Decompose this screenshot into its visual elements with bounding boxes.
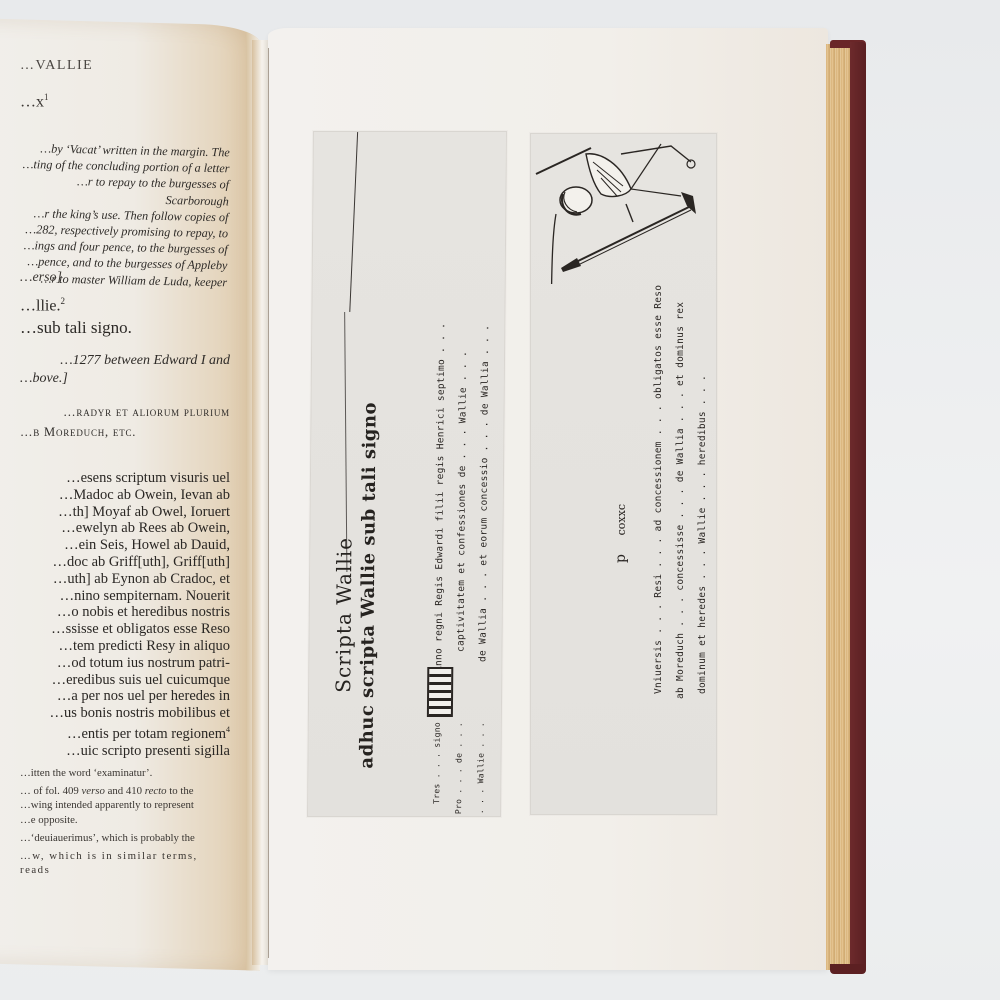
folio-reference: …erso]: [20, 270, 62, 286]
footnote-marker: 4: [226, 725, 230, 734]
book-photo-scene: …VALLIE …x1 …by ‘Vacat’ written in the m…: [0, 0, 1000, 1000]
text-span: … of fol. 409: [20, 785, 81, 797]
text-line: …ein Seis, Howel ab Dauid,: [20, 537, 230, 554]
ruled-line: [344, 312, 348, 572]
section-number: …x1: [20, 92, 49, 111]
title-text: …llie.: [20, 297, 60, 314]
footnote: …itten the word ‘examinatur’.: [20, 766, 230, 780]
manuscript-line: de Wallia . . . et eorum concessio . . .…: [477, 222, 492, 662]
facsimile-plate-right: Vniuersis . . . Resi . . . ad concession…: [530, 133, 717, 815]
text-line: …od totum ius nostrum patri-: [20, 655, 230, 672]
footnotes: …itten the word ‘examinatur’. … of fol. …: [20, 766, 230, 881]
text-span: …entis per totam regionem: [67, 726, 226, 742]
gutter-shadow-line: [268, 48, 269, 958]
latin-body-text: …esens scriptum visuris uel …Madoc ab Ow…: [20, 470, 230, 759]
marginal-line: Tres . . . signo: [432, 722, 442, 804]
marginal-mark: coxxc: [615, 504, 628, 535]
book-cover-edge: [850, 42, 866, 972]
text-line: …b Moreduch, etc.: [20, 422, 230, 442]
marginal-line: . . . Wallie . . .: [476, 722, 486, 814]
text-line: …nino sempiternam. Nouerit: [20, 588, 230, 605]
text-line: …eredibus suis uel cuicumque: [20, 672, 230, 689]
manuscript-line: ab Moreduch . . . concessisse . . . de W…: [675, 259, 686, 699]
text-line: …1277 between Edward I and: [20, 352, 230, 370]
text-line: …r to repay to the burgesses of Scarboro…: [19, 172, 230, 209]
text-line: …o nobis et heredibus nostris: [20, 604, 230, 621]
text-line: …ewelyn ab Rees ab Owein,: [20, 520, 230, 537]
text-span: to the: [167, 785, 194, 797]
text-line: …ssisse et obligatos esse Reso: [20, 621, 230, 638]
text-line: …entis per totam regionem4: [20, 722, 230, 743]
text-line: …esens scriptum visuris uel: [20, 470, 230, 487]
text-line: …a per nos uel per heredes in: [20, 688, 230, 705]
footnote-continuation: …e opposite.: [20, 813, 230, 827]
manuscript-line: dominum et heredes . . . Wallie . . . he…: [697, 259, 708, 694]
marginal-line: Pro . . . de . . .: [454, 722, 464, 814]
text-line: …bove.]: [20, 370, 230, 388]
document-title-line-2: …sub tali signo.: [20, 318, 132, 338]
text-line: …radyr et aliorum plurium: [20, 402, 230, 422]
text-line: …doc ab Griff[uth], Griff[uth]: [20, 554, 230, 571]
smallcaps-heading: …radyr et aliorum plurium …b Moreduch, e…: [20, 402, 230, 442]
intro-italic-paragraph: …by ‘Vacat’ written in the margin. The ……: [17, 140, 230, 290]
manuscript-line: captivitatem et confessiones de . . . Wa…: [455, 222, 470, 652]
italic-span: verso: [81, 785, 104, 797]
manuscript-heading-sub-tali-signo: adhuc scripta Wallie sub tali signo: [356, 402, 380, 769]
decorated-initial: [427, 667, 453, 717]
italic-span: recto: [145, 785, 167, 797]
text-line: …Madoc ab Owein, Ievan ab: [20, 487, 230, 504]
spearman-drawing-icon: [531, 134, 716, 284]
manuscript-heading-scripta-wallie: Scripta Wallie: [331, 537, 356, 693]
cover-corner-bottom: [830, 964, 866, 974]
section-number-text: …x: [20, 93, 44, 110]
document-title-line-1: …llie.2: [20, 296, 65, 315]
page-block-edges: [826, 44, 852, 970]
marginal-mark: p: [613, 554, 629, 563]
footnote-continuation: …wing intended apparently to represent: [20, 798, 230, 812]
text-line: …uic scripto presenti sigilla: [20, 743, 230, 760]
facsimile-plate-left: Scripta Wallie adhuc scripta Wallie sub …: [307, 131, 507, 817]
footnote: …w, which is in similar terms, reads: [20, 849, 230, 877]
text-line: …us bonis nostris mobilibus et: [20, 705, 230, 722]
text-line: …th] Moyaf ab Owel, Ioruert: [20, 504, 230, 521]
text-line: …uth] ab Eynon ab Cradoc, et: [20, 571, 230, 588]
ruled-line: [349, 132, 358, 312]
text-line: …tem predicti Resy in aliquo: [20, 638, 230, 655]
footnote-marker: 1: [44, 92, 49, 102]
running-head: …VALLIE: [20, 58, 93, 74]
footnote: … of fol. 409 verso and 410 recto to the: [20, 784, 230, 798]
footnote-marker: 2: [60, 296, 65, 306]
manuscript-line: Anno regni Regis Edwardi filii regis Hen…: [433, 222, 448, 672]
text-span: and 410: [105, 785, 145, 797]
footnote: …‘deuiauerimus’, which is probably the: [20, 831, 230, 845]
editorial-note: …1277 between Edward I and …bove.]: [20, 352, 230, 388]
manuscript-line: Vniuersis . . . Resi . . . ad concession…: [653, 254, 664, 694]
